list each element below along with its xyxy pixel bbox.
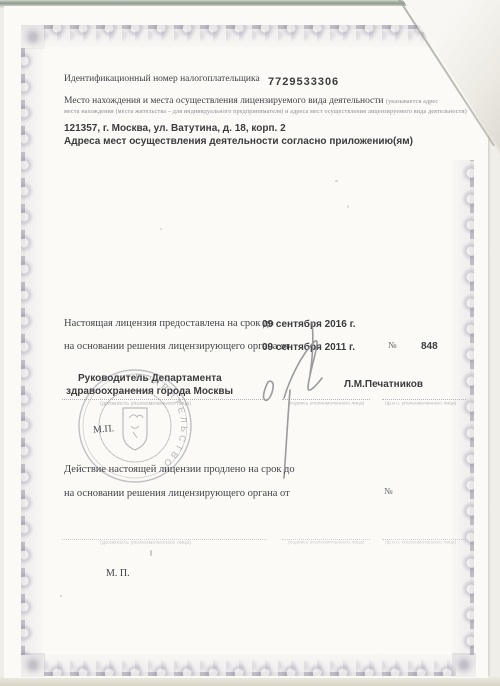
grant-number-value: 848 — [421, 341, 438, 352]
extension-basis-label: на основании решения лицензирующего орга… — [64, 488, 290, 499]
border-corner-br — [452, 653, 476, 677]
ext-caption-name: (ф.и.о. уполномоченного лица) — [385, 540, 456, 545]
scan-speck — [335, 180, 338, 182]
border-corner-tl — [21, 25, 45, 49]
border-bottom — [44, 654, 456, 676]
location-label-text: Место нахождения и места осуществления л… — [64, 96, 384, 106]
mp-bottom-label: М. П. — [106, 568, 130, 579]
svg-text:ПРАВИТЕЛЬСТВО: ПРАВИТЕЛЬСТВО — [135, 372, 189, 471]
inn-value: 7729533306 — [268, 76, 339, 88]
scan-speck — [60, 595, 62, 597]
extension-term-label: Действие настоящей лицензии продлено на … — [64, 464, 295, 475]
ext-caption-position: (должность уполномоченного лица) — [100, 540, 191, 546]
scan-speck — [347, 205, 349, 208]
rule-name — [382, 398, 466, 400]
address-line2: Адреса мест осуществления деятельности с… — [64, 136, 413, 147]
stamp-ring-text: ПРАВИТЕЛЬСТВО — [135, 372, 189, 471]
extension-number-sign: № — [384, 486, 393, 496]
address-line1: 121357, г. Москва, ул. Ватутина, д. 18, … — [64, 123, 286, 134]
caption-name: (ф.и.о. уполномоченного лица) — [385, 401, 456, 406]
scanned-license-document: Идентификационный номер налогоплательщик… — [0, 0, 500, 686]
mp-seal-placeholder: М.П. — [93, 423, 115, 435]
border-left — [21, 48, 43, 655]
grant-number-sign: № — [388, 340, 397, 350]
scan-speck — [160, 228, 162, 230]
border-top — [44, 25, 436, 47]
ext-caption-signature: (подпись уполномоченного лица) — [288, 540, 364, 545]
location-note-line2: места нахождения (места жительства – для… — [64, 109, 467, 115]
location-note-inline: (указывается адрес — [386, 99, 438, 105]
handwritten-signature — [250, 320, 360, 480]
location-label: Место нахождения и места осуществления л… — [64, 96, 438, 106]
grant-term-label: Настоящая лицензия предоставлена на срок… — [64, 318, 274, 329]
border-right — [452, 160, 474, 655]
scan-speck — [150, 550, 152, 556]
border-corner-bl — [21, 653, 45, 677]
inn-label: Идентификационный номер налогоплательщик… — [64, 74, 260, 84]
